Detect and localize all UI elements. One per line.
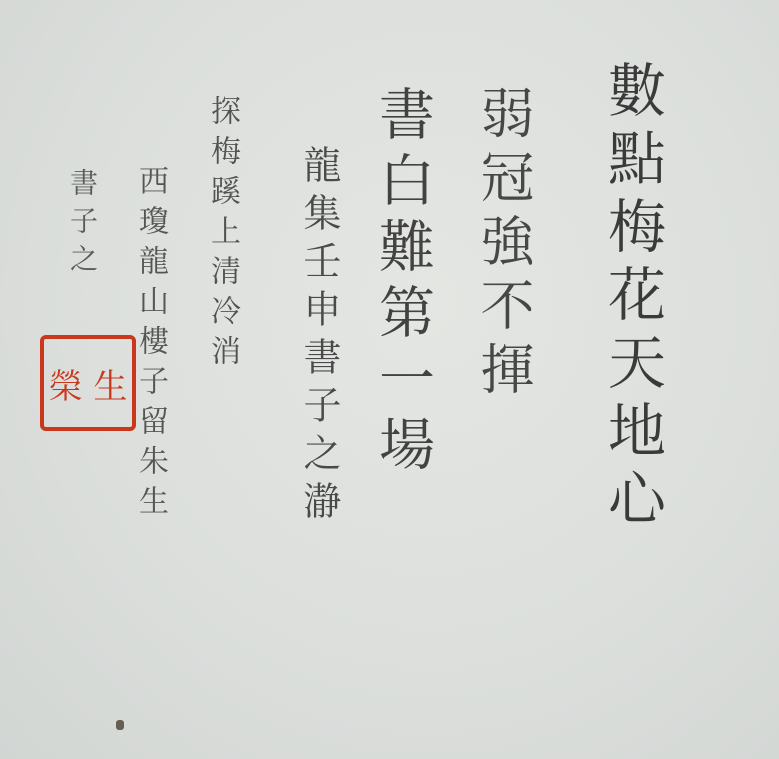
red-seal-stamp: 榮 生 bbox=[40, 335, 136, 431]
calligraphy-column-7: 書子之 bbox=[62, 168, 102, 282]
calligraphy-column-5: 探梅蹊上清冷消 bbox=[200, 95, 244, 375]
calligraphy-column-4: 龍集壬申書子之瀞 bbox=[292, 145, 347, 529]
calligraphy-column-1: 數點梅花天地心 bbox=[590, 60, 674, 536]
porcelain-surface: 數點梅花天地心 弱冠強不揮 書白難第一場 龍集壬申書子之瀞 探梅蹊上清冷消 西瓊… bbox=[0, 0, 779, 759]
calligraphy-column-3: 書白難第一場 bbox=[362, 85, 442, 481]
glaze-speck bbox=[116, 720, 124, 730]
calligraphy-column-2: 弱冠強不揮 bbox=[465, 85, 542, 405]
